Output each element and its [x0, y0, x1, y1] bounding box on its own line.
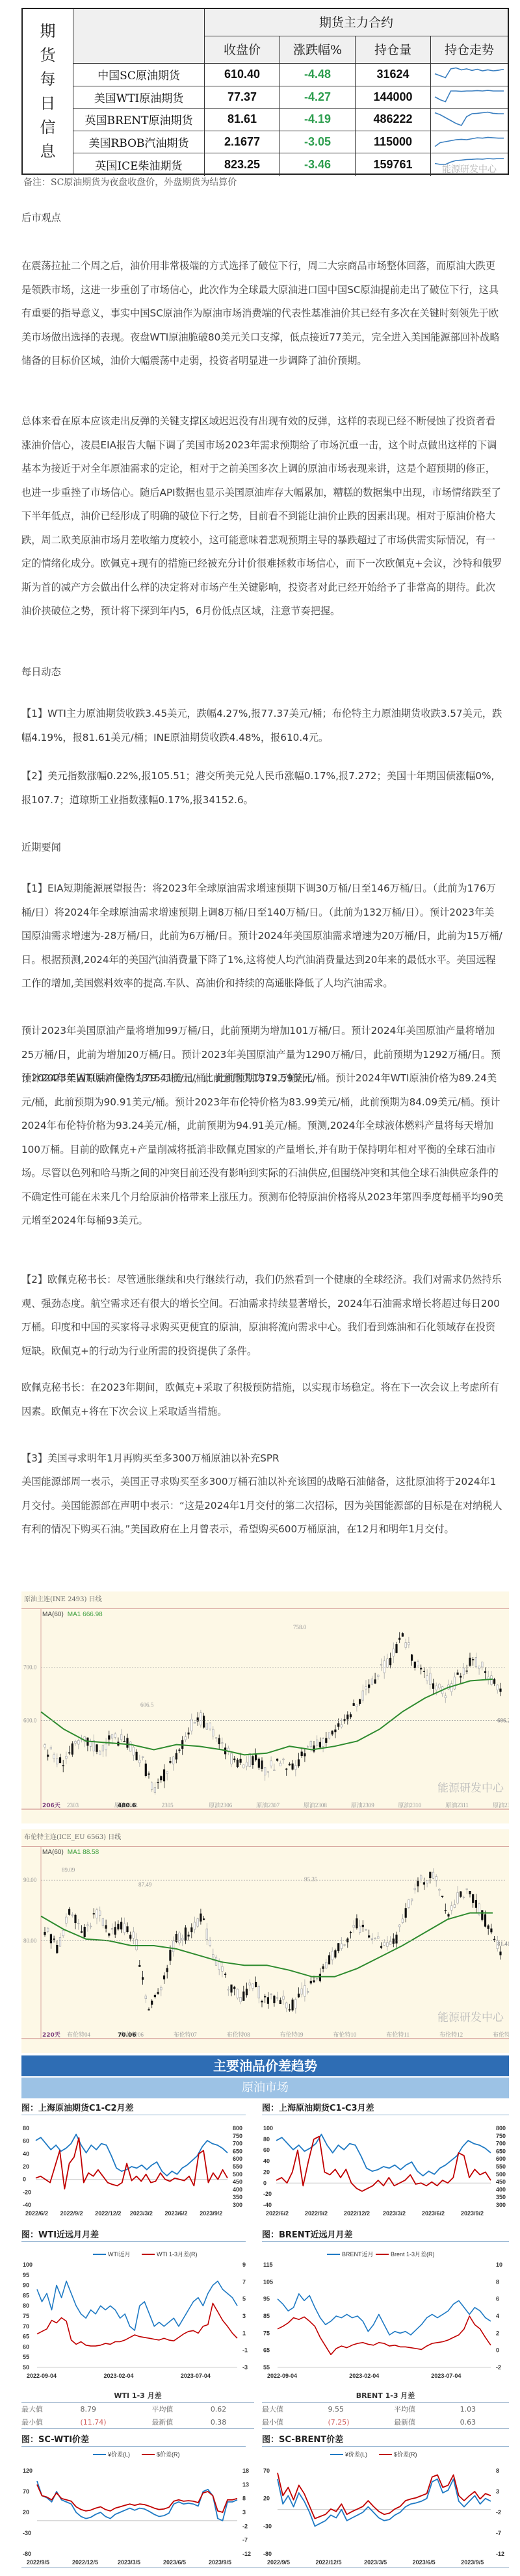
svg-text:布伦特11: 布伦特11 [386, 2031, 409, 2038]
svg-text:布伦特01: 布伦特01 [493, 2031, 509, 2038]
svg-text:2303: 2303 [67, 1802, 79, 1809]
svg-text:87.49: 87.49 [138, 1881, 152, 1888]
section-title-daily: 每日动态 [21, 665, 61, 678]
svg-text:7: 7 [242, 2278, 246, 2285]
svg-text:20: 20 [23, 2163, 29, 2170]
svg-text:95: 95 [23, 2272, 29, 2278]
stat-label: 最小值 [21, 2415, 80, 2429]
svg-text:750: 750 [496, 2133, 506, 2139]
news-item-1c: 预计2023年WTI原油价格为79.41美元/桶，此前预期为79.59美元/桶。… [21, 1066, 504, 1233]
svg-text:105: 105 [263, 2278, 273, 2285]
svg-text:75: 75 [263, 2330, 270, 2336]
watermark: 能源研发中心 [442, 162, 497, 175]
svg-text:2022/12/2: 2022/12/2 [344, 2210, 370, 2217]
news-item-3-title: 【3】美国寻求明年1月再购买至多300万桶原油以补充SPR [21, 1447, 504, 1471]
svg-text:2023/6/5: 2023/6/5 [163, 2559, 186, 2566]
col-header-close: 收盘价 [205, 36, 280, 64]
col-header-trend: 持仓走势 [431, 36, 508, 64]
fig-title-sc-c1c3: 图：上海原油期货C1-C3月差 [262, 2101, 509, 2115]
svg-text:2022/6/2: 2022/6/2 [266, 2210, 289, 2217]
svg-text:BRENT近月: BRENT近月 [342, 2251, 374, 2258]
svg-text:原油2306: 原油2306 [209, 1801, 233, 1809]
svg-text:3: 3 [496, 2488, 499, 2495]
svg-text:布伦特10: 布伦特10 [333, 2031, 357, 2038]
ma-label: MA(60) [42, 1849, 64, 1856]
svg-text:2305: 2305 [162, 1802, 174, 1809]
svg-text:350: 350 [233, 2194, 242, 2200]
svg-text:2023/9/2: 2023/9/2 [461, 2210, 484, 2217]
svg-text:-30: -30 [23, 2530, 31, 2536]
ma-label: MA(60) [42, 1611, 64, 1618]
svg-text:20: 20 [263, 2169, 270, 2175]
contract-name: 英国BRENT原油期货 [73, 109, 205, 131]
svg-text:400: 400 [233, 2186, 242, 2193]
svg-text:2022/9/2: 2022/9/2 [60, 2210, 83, 2217]
svg-text:2022/12/5: 2022/12/5 [316, 2559, 342, 2566]
open-interest: 144000 [356, 86, 431, 109]
svg-text:95: 95 [263, 2296, 270, 2302]
svg-text:90: 90 [23, 2282, 29, 2289]
svg-text:布伦特08: 布伦特08 [227, 2031, 251, 2038]
brent-candle-chart: 90.0080.0095.3589.0987.4981.41220天布伦特04布… [21, 1829, 509, 2053]
table-row: 美国RBOB汽油期货2.1677-3.05115000 [73, 131, 508, 154]
contract-name: 美国RBOB汽油期货 [73, 131, 205, 153]
svg-text:原油2311: 原油2311 [445, 1801, 469, 1809]
sc-c1c2-spread-chart: 806040200-20-408007507006506005505004504… [21, 2122, 246, 2219]
svg-text:60: 60 [23, 2343, 29, 2350]
table-corner-cell [73, 9, 205, 64]
stat-value: 1.03 [460, 2402, 509, 2416]
svg-text:80: 80 [23, 2302, 29, 2309]
svg-text:70: 70 [23, 2488, 29, 2495]
open-interest: 31624 [356, 64, 431, 86]
svg-text:-40: -40 [263, 2202, 272, 2208]
open-interest-sparkline [431, 64, 508, 86]
svg-text:500: 500 [233, 2171, 242, 2178]
svg-text:¥价差(L): ¥价差(L) [344, 2451, 367, 2458]
svg-text:8: 8 [242, 2495, 246, 2502]
change-percent: -4.27 [280, 86, 356, 109]
sc-crude-candle-chart: 700.0600.0758.0606.5606.2206天2303原油23042… [21, 1591, 509, 1823]
svg-text:55: 55 [23, 2354, 29, 2360]
svg-text:700: 700 [496, 2141, 506, 2147]
close-price: 81.61 [205, 109, 280, 131]
change-percent: -4.48 [280, 64, 356, 86]
close-price: 77.37 [205, 86, 280, 109]
stat-label: 最大值 [262, 2402, 328, 2416]
svg-text:80: 80 [23, 2125, 29, 2132]
svg-text:89.09: 89.09 [62, 1867, 75, 1874]
change-percent: -4.19 [280, 109, 356, 131]
svg-text:85: 85 [263, 2313, 270, 2319]
svg-text:布伦特09: 布伦特09 [280, 2031, 304, 2038]
svg-text:90.00: 90.00 [23, 1877, 37, 1883]
stat-label: 最小值 [262, 2415, 328, 2429]
section-title-news: 近期要闻 [21, 840, 61, 854]
crude-market-banner: 原油市场 [21, 2078, 509, 2098]
svg-text:800: 800 [496, 2125, 506, 2132]
stat-label: 最新值 [151, 2415, 210, 2429]
stats-title: BRENT 1-3 月差 [262, 2389, 509, 2402]
svg-text:2023/9/5: 2023/9/5 [209, 2559, 231, 2566]
news-item-2a: 【2】欧佩克秘书长：尽管通胀继续和央行继续行动，我们仍然看到一个健康的全球经济。… [21, 1268, 504, 1363]
svg-text:500: 500 [496, 2171, 506, 2178]
svg-text:40: 40 [23, 2150, 29, 2157]
svg-text:-40: -40 [23, 2202, 31, 2208]
svg-text:81.41: 81.41 [497, 1940, 509, 1947]
brent-spread-chart: 11510595857565551086420-22022-09-042023-… [262, 2245, 509, 2382]
svg-text:80: 80 [263, 2136, 270, 2143]
svg-text:300: 300 [233, 2202, 242, 2208]
news-item-3-body: 美国能源部周一表示，美国正寻求购买至多300万桶石油以补充该国的战略石油储备，这… [21, 1470, 504, 1541]
svg-text:布伦特07: 布伦特07 [174, 2031, 198, 2038]
svg-text:2023/6/5: 2023/6/5 [413, 2559, 435, 2566]
candle-chart-canvas: 90.0080.0095.3589.0987.4981.41220天布伦特04布… [21, 1829, 509, 2053]
svg-text:WTI近月: WTI近月 [108, 2251, 131, 2258]
stat-value: (7.25) [328, 2415, 394, 2429]
svg-text:2022/9/2: 2022/9/2 [305, 2210, 328, 2217]
svg-text:1: 1 [242, 2330, 246, 2336]
svg-text:600.0: 600.0 [23, 1717, 37, 1723]
svg-text:-3: -3 [242, 2364, 248, 2371]
svg-text:0: 0 [496, 2347, 499, 2354]
svg-text:70.06: 70.06 [118, 2032, 136, 2039]
svg-text:20: 20 [263, 2495, 270, 2502]
svg-text:$价差(R): $价差(R) [394, 2451, 417, 2458]
change-percent: -3.46 [280, 153, 356, 176]
svg-text:2023/3/2: 2023/3/2 [383, 2210, 406, 2217]
svg-text:2023/3/2: 2023/3/2 [130, 2210, 153, 2217]
svg-text:650: 650 [496, 2148, 506, 2154]
svg-text:20: 20 [23, 2509, 29, 2516]
stat-value: 0.62 [211, 2402, 254, 2416]
svg-text:65: 65 [23, 2334, 29, 2340]
svg-text:-12: -12 [496, 2551, 504, 2557]
svg-text:5: 5 [242, 2296, 246, 2302]
svg-text:50: 50 [23, 2364, 29, 2371]
contract-name: 英国ICE柴油期货 [73, 153, 205, 176]
outlook-paragraph-1: 在震荡拉扯二个周之后，油价用非常极端的方式选择了破位下行，周二大宗商品市场整体回… [21, 254, 504, 373]
stats-title: WTI 1-3 月差 [21, 2389, 254, 2402]
svg-text:80.00: 80.00 [23, 1937, 37, 1944]
svg-text:95.35: 95.35 [304, 1876, 318, 1883]
section-title-outlook: 后市观点 [21, 211, 61, 224]
svg-text:-2: -2 [496, 2364, 501, 2371]
svg-text:700: 700 [233, 2141, 242, 2147]
svg-text:2023/6/2: 2023/6/2 [422, 2210, 445, 2217]
svg-text:606.2: 606.2 [497, 1717, 509, 1723]
svg-text:-80: -80 [23, 2551, 31, 2557]
svg-text:6: 6 [496, 2296, 499, 2302]
close-price: 823.25 [205, 153, 280, 176]
svg-text:70: 70 [263, 2467, 270, 2474]
svg-text:700.0: 700.0 [23, 1664, 37, 1670]
svg-text:WTI 1-3月差(R): WTI 1-3月差(R) [157, 2250, 198, 2258]
svg-text:-2: -2 [242, 2523, 248, 2529]
svg-text:能源研发中心: 能源研发中心 [437, 2011, 504, 2024]
svg-text:85: 85 [23, 2292, 29, 2299]
svg-text:2023/3/5: 2023/3/5 [364, 2559, 387, 2566]
svg-text:-7: -7 [242, 2537, 248, 2544]
candle-chart-canvas: 700.0600.0758.0606.5606.2206天2303原油23042… [21, 1591, 509, 1823]
svg-text:2023-02-04: 2023-02-04 [349, 2373, 379, 2379]
contract-name: 中国SC原油期货 [73, 64, 205, 86]
svg-text:60: 60 [23, 2138, 29, 2145]
svg-text:3: 3 [242, 2509, 246, 2516]
chart-title: 原油主连(INE 2493) 日线 [21, 1591, 509, 1609]
svg-text:800: 800 [233, 2125, 242, 2132]
svg-text:-20: -20 [23, 2189, 31, 2195]
side-label-char: 期 [40, 19, 56, 44]
stat-label: 最大值 [21, 2402, 80, 2416]
svg-text:758.0: 758.0 [293, 1624, 307, 1630]
close-price: 610.40 [205, 64, 280, 86]
fig-title-sc-wti: 图：SC-WTI价差 [21, 2432, 246, 2447]
fig-title-sc-brent: 图：SC-BRENT价差 [262, 2432, 509, 2447]
table-row: 英国BRENT原油期货81.61-4.19486222 [73, 109, 508, 131]
svg-text:550: 550 [496, 2163, 506, 2170]
svg-text:能源研发中心: 能源研发中心 [437, 1782, 504, 1795]
sc-brent-spread-chart: 7020-30-8083-2-7-122022/9/52022/12/52023… [262, 2448, 509, 2568]
svg-text:400: 400 [496, 2186, 506, 2193]
stat-value: 9.55 [328, 2402, 394, 2416]
svg-text:-2: -2 [496, 2509, 501, 2516]
stat-value: (11.74) [80, 2415, 151, 2429]
svg-text:10: 10 [496, 2261, 502, 2268]
close-price: 2.1677 [205, 131, 280, 153]
svg-text:布伦特12: 布伦特12 [439, 2031, 463, 2038]
open-interest-sparkline [431, 131, 508, 153]
svg-text:Brent 1-3月差(R): Brent 1-3月差(R) [391, 2250, 435, 2258]
svg-text:606.5: 606.5 [140, 1701, 154, 1708]
outlook-paragraph-2: 总体来看在原本应该走出反弹的关键支撑区域迟迟没有出现有效的反弹，这样的表现已经不… [21, 409, 504, 623]
svg-text:2022-09-04: 2022-09-04 [267, 2373, 297, 2379]
svg-text:2022-09-04: 2022-09-04 [27, 2373, 57, 2379]
svg-text:450: 450 [496, 2179, 506, 2185]
svg-text:100: 100 [263, 2125, 273, 2132]
svg-text:4: 4 [496, 2313, 499, 2319]
svg-text:-30: -30 [263, 2523, 272, 2529]
open-interest: 159761 [356, 153, 431, 176]
open-interest-sparkline [431, 109, 508, 131]
svg-text:65: 65 [263, 2347, 270, 2354]
svg-text:115: 115 [263, 2261, 273, 2268]
news-item-2b: 欧佩克秘书长：在2023年期间，欧佩克+采取了积极预防措施，以实现市场稳定。将在… [21, 1376, 504, 1423]
chart-title-text: 布伦特主连(ICE_EU 6563) 日线 [24, 1834, 121, 1841]
table-body: 中国SC原油期货610.40-4.4831624美国WTI原油期货77.37-4… [23, 64, 508, 174]
svg-text:120: 120 [23, 2467, 32, 2474]
fig-title-wti: 图：WTI近远月月差 [21, 2228, 246, 2242]
svg-text:-12: -12 [242, 2551, 251, 2557]
svg-text:2022/6/2: 2022/6/2 [25, 2210, 48, 2217]
group-header: 期货主力合约 [205, 9, 508, 36]
ma-value: MA1 88.58 [68, 1849, 99, 1856]
svg-text:450: 450 [233, 2179, 242, 2185]
svg-text:2023/6/2: 2023/6/2 [165, 2210, 188, 2217]
svg-text:-20: -20 [263, 2191, 272, 2197]
fig-title-brent: 图：BRENT近远月月差 [262, 2228, 509, 2242]
stat-label: 最新值 [394, 2415, 460, 2429]
svg-text:2023/9/2: 2023/9/2 [200, 2210, 222, 2217]
svg-text:220天: 220天 [42, 2031, 60, 2039]
open-interest: 115000 [356, 131, 431, 153]
table-note: 备注：SC原油期货为夜盘收盘价，外盘期货为结算价 [23, 175, 237, 188]
bottom-divider [21, 2567, 509, 2568]
svg-text:-1: -1 [242, 2347, 248, 2354]
svg-text:3: 3 [242, 2313, 246, 2319]
svg-text:0: 0 [23, 2176, 26, 2183]
svg-text:2023-02-04: 2023-02-04 [104, 2373, 134, 2379]
contract-name: 美国WTI原油期货 [73, 86, 205, 109]
svg-text:60: 60 [263, 2147, 270, 2154]
svg-text:300: 300 [496, 2202, 506, 2208]
fig-title-sc-c1c2: 图：上海原油期货C1-C2月差 [21, 2101, 246, 2115]
ma-indicator: MA(60)MA1 88.58 [42, 1849, 99, 1856]
svg-text:2022/12/5: 2022/12/5 [72, 2559, 98, 2566]
stat-label: 平均值 [394, 2402, 460, 2416]
chart-title-text: 原油主连(INE 2493) 日线 [24, 1596, 102, 1603]
svg-text:70: 70 [23, 2323, 29, 2330]
svg-text:¥价差(L): ¥价差(L) [107, 2451, 130, 2458]
svg-text:-7: -7 [496, 2530, 501, 2536]
svg-text:2022/9/5: 2022/9/5 [267, 2559, 290, 2566]
ma-value: MA1 666.98 [68, 1611, 103, 1618]
svg-text:2023-07-04: 2023-07-04 [181, 2373, 211, 2379]
svg-text:原油2307: 原油2307 [256, 1801, 280, 1809]
svg-text:8: 8 [496, 2278, 499, 2285]
svg-text:原油2309: 原油2309 [351, 1801, 375, 1809]
svg-text:750: 750 [233, 2133, 242, 2139]
wti-spread-stats: WTI 1-3 月差 最大值 8.79 平均值 0.62 最小值 (11.74)… [21, 2389, 254, 2429]
svg-text:原油2308: 原油2308 [304, 1801, 328, 1809]
table-row: 美国WTI原油期货77.37-4.27144000 [73, 86, 508, 109]
stat-value: 8.79 [80, 2402, 151, 2416]
chart-title: 布伦特主连(ICE_EU 6563) 日线 [21, 1829, 509, 1847]
svg-text:2022/9/5: 2022/9/5 [27, 2559, 49, 2566]
stat-value: 0.63 [460, 2415, 509, 2429]
svg-text:2023/3/5: 2023/3/5 [118, 2559, 140, 2566]
svg-text:布伦特04: 布伦特04 [67, 2031, 91, 2038]
col-header-open-interest: 持仓量 [356, 36, 431, 64]
svg-text:100: 100 [23, 2261, 32, 2268]
svg-text:550: 550 [233, 2163, 242, 2170]
svg-text:18: 18 [242, 2467, 249, 2474]
svg-text:40: 40 [263, 2158, 270, 2165]
svg-text:75: 75 [23, 2313, 29, 2319]
svg-text:$价差(R): $价差(R) [157, 2451, 180, 2458]
svg-text:0: 0 [263, 2180, 266, 2186]
svg-text:600: 600 [496, 2156, 506, 2162]
svg-text:8: 8 [496, 2467, 499, 2474]
table-row: 中国SC原油期货610.40-4.4831624 [73, 64, 508, 86]
svg-text:2022/12/2: 2022/12/2 [95, 2210, 121, 2217]
col-header-change: 涨跌幅% [280, 36, 356, 64]
futures-table: 期 货 每 日 信 息 期货主力合约 收盘价 涨跌幅% 持仓量 持仓走势 中国S… [21, 8, 509, 175]
wti-spread-chart: 1009590858075706560555097531-1-32022-09-… [21, 2245, 255, 2382]
daily-item-2: 【2】美元指数涨幅0.22%,报105.51；港交所美元兑人民币涨幅0.17%,… [21, 764, 504, 812]
ma-indicator: MA(60)MA1 666.98 [42, 1611, 103, 1618]
stat-label: 平均值 [151, 2402, 210, 2416]
svg-text:55: 55 [263, 2364, 270, 2371]
svg-text:-80: -80 [263, 2551, 272, 2557]
svg-text:650: 650 [233, 2148, 242, 2154]
stat-value: 0.38 [211, 2415, 254, 2429]
daily-item-1: 【1】WTI主力原油期货收跌3.45美元，跌幅4.27%,报77.37美元/桶；… [21, 702, 504, 749]
svg-text:600: 600 [233, 2156, 242, 2162]
sc-c1c3-spread-chart: 100806040200-20-408007507006506005505004… [262, 2122, 509, 2219]
open-interest: 486222 [356, 109, 431, 131]
svg-text:2: 2 [496, 2330, 499, 2336]
svg-text:原油2312: 原油2312 [493, 1801, 509, 1809]
change-percent: -3.05 [280, 131, 356, 153]
news-item-1a: 【1】EIA短期能源展望报告：将2023年全球原油需求增速预期下调30万桶/日至… [21, 877, 504, 996]
svg-text:2023/9/5: 2023/9/5 [461, 2559, 484, 2566]
svg-text:9: 9 [242, 2261, 246, 2268]
svg-text:350: 350 [496, 2194, 506, 2200]
svg-text:2023-07-04: 2023-07-04 [431, 2373, 461, 2379]
svg-text:206天: 206天 [42, 1802, 60, 1809]
open-interest-sparkline [431, 86, 508, 109]
brent-spread-stats: BRENT 1-3 月差 最大值 9.55 平均值 1.03 最小值 (7.25… [262, 2389, 509, 2429]
sc-wti-spread-chart: 1207020-30-80181383-2-7-122022/9/52022/1… [21, 2448, 255, 2568]
svg-text:原油2310: 原油2310 [398, 1801, 422, 1809]
svg-text:480.6: 480.6 [118, 1803, 136, 1809]
svg-text:13: 13 [242, 2481, 249, 2488]
spread-banner: 主要油品价差趋势 [21, 2055, 509, 2076]
